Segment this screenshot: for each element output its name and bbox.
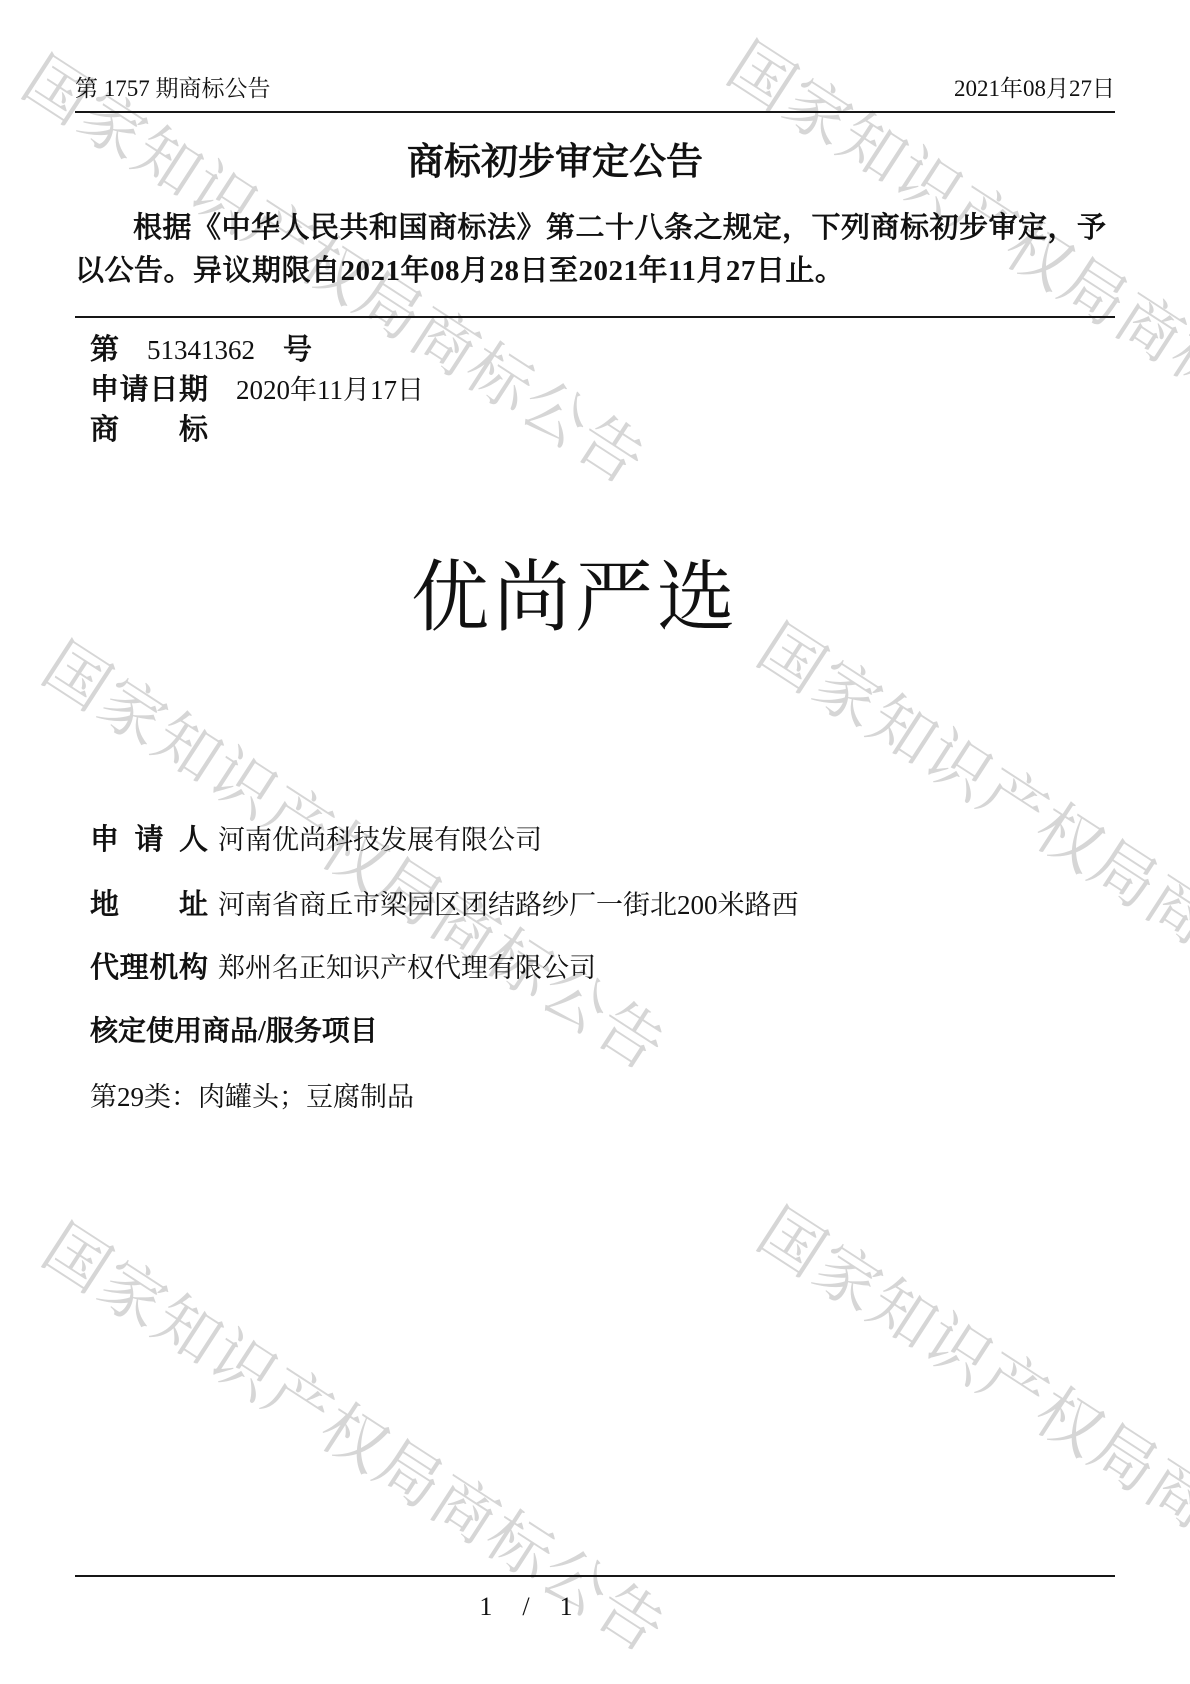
document-title: 商标初步审定公告 [0,131,1110,185]
gazette-issue-label: 第 1757 期商标公告 [75,70,271,103]
header-divider [75,111,1115,113]
footer-divider [75,1575,1115,1577]
address-label: 地址 [90,882,208,923]
goods-services-row: 第29类：肉罐头；豆腐制品 [90,1075,414,1114]
trademark-label: 商标 [90,407,208,448]
trademark-image-text: 优尚严选 [0,535,1150,647]
applicant-value: 河南优尚科技发展有限公司 [218,818,542,857]
page-number-separator: / [522,1592,529,1621]
page-header: 第 1757 期商标公告 2021年08月27日 [75,70,1115,103]
intro-paragraph-line2: 以公告。异议期限自2021年08月28日至2021年11月27日止。 [75,250,1120,293]
trademark-label-row: 商标 [90,407,208,448]
address-row: 地址 河南省商丘市梁园区团结路纱厂一街北200米路西 [90,882,799,923]
gazette-date-label: 2021年08月27日 [954,70,1115,103]
intro-paragraph: 根据《中华人民共和国商标法》第二十八条之规定，下列商标初步审定，予 以公告。异议… [75,207,1120,293]
application-date-row: 申请日期 2020年11月17日 [90,367,424,408]
application-date-value: 2020年11月17日 [236,368,424,407]
section-divider [75,316,1115,318]
content-layer: 第 1757 期商标公告 2021年08月27日 商标初步审定公告 根据《中华人… [0,0,1190,1684]
reg-number-value: 51341362 [147,335,255,366]
application-date-label: 申请日期 [90,367,208,408]
total-page-number: 1 [560,1592,573,1621]
goods-services-header: 核定使用商品/服务项目 [90,1009,378,1049]
current-page-number: 1 [479,1592,492,1621]
applicant-label: 申请人 [90,817,208,858]
agency-value: 郑州名正知识产权代理有限公司 [218,946,596,985]
registration-number-row: 第 51341362 号 [90,327,312,368]
gazette-page: 国家知识产权局商标公告 国家知识产权局商标公告 国家知识产权局商标公告 国家知识… [0,0,1190,1684]
intro-paragraph-line1: 根据《中华人民共和国商标法》第二十八条之规定，下列商标初步审定，予 [75,207,1120,250]
reg-number-prefix: 第 [90,327,119,368]
page-number: 1/1 [0,1592,1052,1622]
agency-row: 代理机构 郑州名正知识产权代理有限公司 [90,945,596,986]
goods-services-value: 第29类：肉罐头；豆腐制品 [90,1075,414,1114]
agency-label: 代理机构 [90,945,208,986]
applicant-row: 申请人 河南优尚科技发展有限公司 [90,817,542,858]
goods-services-header-row: 核定使用商品/服务项目 [90,1009,378,1049]
reg-number-suffix: 号 [283,327,312,368]
address-value: 河南省商丘市梁园区团结路纱厂一街北200米路西 [218,883,799,922]
